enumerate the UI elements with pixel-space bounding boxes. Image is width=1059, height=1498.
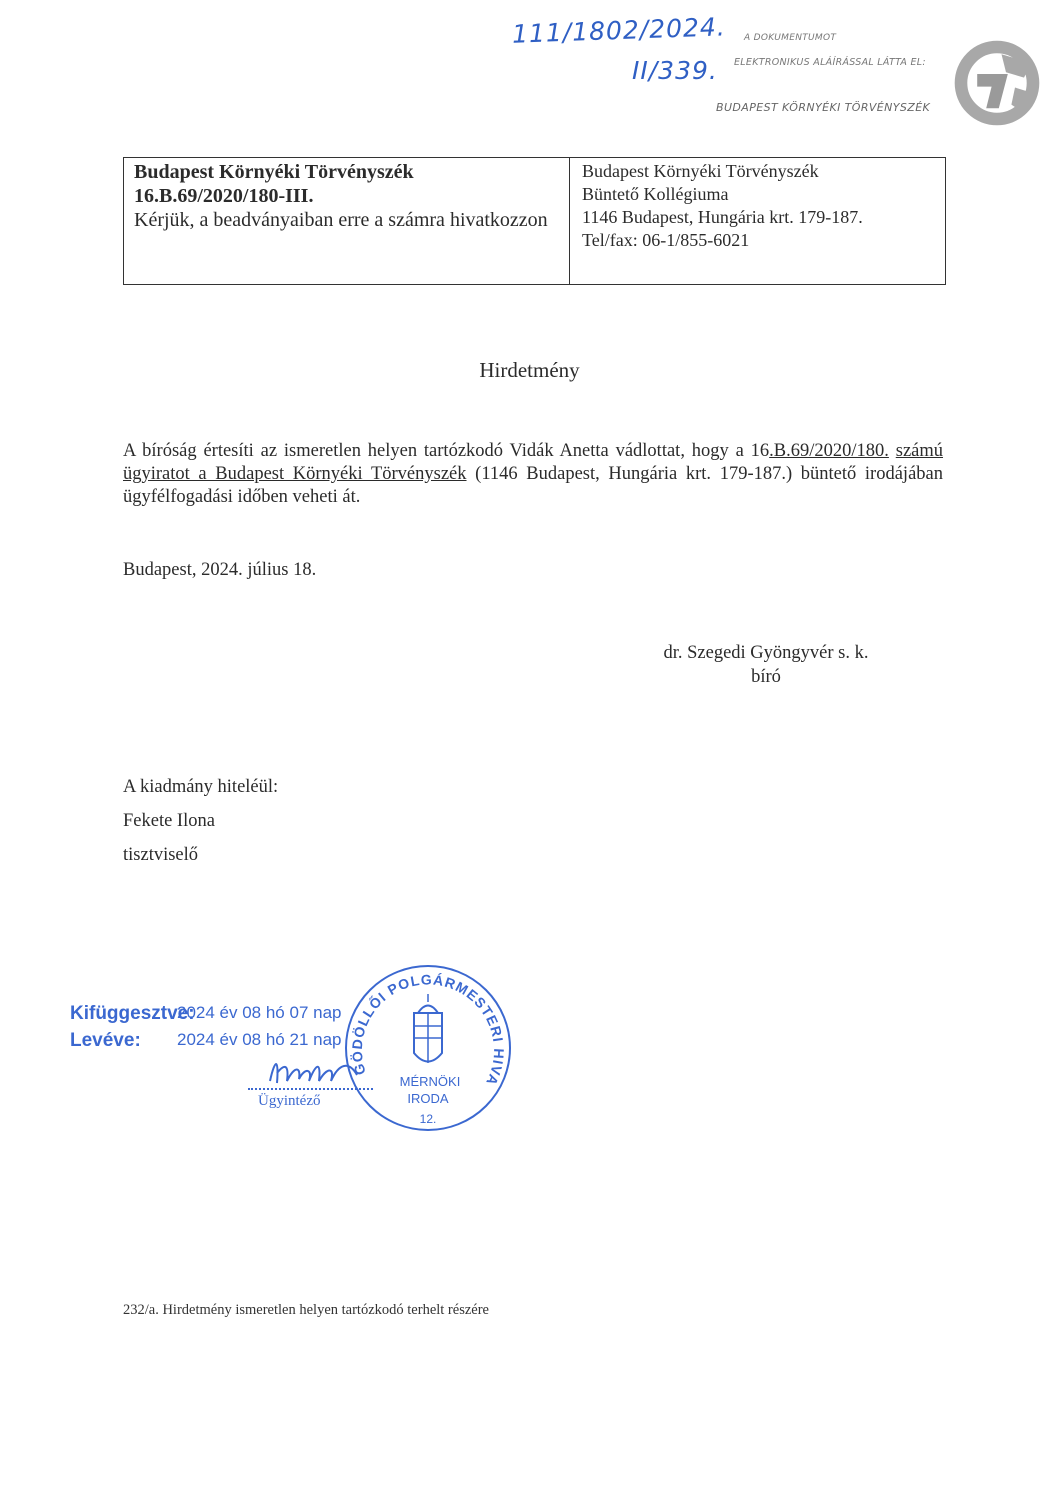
court-address-line3: 1146 Budapest, Hungária krt. 179-187. <box>582 206 933 229</box>
court-phone: Tel/fax: 06-1/855-6021 <box>582 229 933 252</box>
document-title: Hirdetmény <box>0 358 1059 383</box>
seal-number: 12. <box>420 1112 437 1126</box>
court-logo-icon <box>952 38 1042 128</box>
signer-title: bíró <box>648 665 884 689</box>
form-code-footer: 232/a. Hirdetmény ismeretlen helyen tart… <box>123 1302 489 1319</box>
place-and-date: Budapest, 2024. július 18. <box>123 560 316 581</box>
hungarian-coat-of-arms-icon <box>414 994 442 1063</box>
certify-label: A kiadmány hiteléül: <box>123 770 278 804</box>
reference-instruction: Kérjük, a beadványaiban erre a számra hi… <box>134 208 559 232</box>
seal-center-line1: MÉRNÖKI <box>400 1074 461 1089</box>
court-address-line2: Büntető Kollégiuma <box>582 183 933 206</box>
court-address-line1: Budapest Környéki Törvényszék <box>582 160 933 183</box>
seal-center-line2: IRODA <box>407 1091 449 1106</box>
esign-line2: ELEKTRONIKUS ALÁÍRÁSSAL LÁTTA EL: <box>734 57 926 68</box>
signer-name: dr. Szegedi Gyöngyvér s. k. <box>648 641 884 665</box>
body-text-part1: A bíróság értesíti az ismeretlen helyen … <box>123 441 769 461</box>
body-case-reference: .B.69/2020/180. <box>769 441 889 461</box>
court-name: Budapest Környéki Törvényszék <box>134 160 559 184</box>
posted-date: 2024 év 08 hó 07 nap <box>177 1003 341 1023</box>
esign-court-name: BUDAPEST KÖRNYÉKI TÖRVÉNYSZÉK <box>716 101 930 114</box>
handwritten-registry-number: 111/1802/2024. <box>512 12 727 48</box>
header-right-cell: Budapest Környéki Törvényszék Büntető Ko… <box>570 158 945 284</box>
header-left-cell: Budapest Környéki Törvényszék 16.B.69/20… <box>124 158 570 284</box>
esign-line1: A DOKUMENTUMOT <box>744 33 836 43</box>
handwritten-sub-number: II/339. <box>632 56 718 85</box>
clerk-label: Ügyintéző <box>258 1093 320 1110</box>
certification-block: A kiadmány hiteléül: Fekete Ilona tisztv… <box>123 770 278 872</box>
notice-body: A bíróság értesíti az ismeretlen helyen … <box>123 440 943 509</box>
seal-ring-text: GÖDÖLLŐI POLGÁRMESTERI HIVATAL <box>338 958 507 1088</box>
header-box: Budapest Környéki Törvényszék 16.B.69/20… <box>123 157 946 285</box>
removed-date: 2024 év 08 hó 21 nap <box>177 1030 341 1050</box>
certifier-title: tisztviselő <box>123 838 278 872</box>
posted-label: Kifüggesztve: <box>70 1003 195 1025</box>
case-number: 16.B.69/2020/180-III. <box>134 184 559 208</box>
svg-text:GÖDÖLLŐI POLGÁRMESTERI HIVATAL: GÖDÖLLŐI POLGÁRMESTERI HIVATAL <box>338 958 507 1088</box>
round-seal: GÖDÖLLŐI POLGÁRMESTERI HIVATAL MÉRNÖKI I… <box>338 958 518 1138</box>
removed-label: Levéve: <box>70 1030 141 1052</box>
certifier-name: Fekete Ilona <box>123 804 278 838</box>
signer-block: dr. Szegedi Gyöngyvér s. k. bíró <box>648 641 884 689</box>
